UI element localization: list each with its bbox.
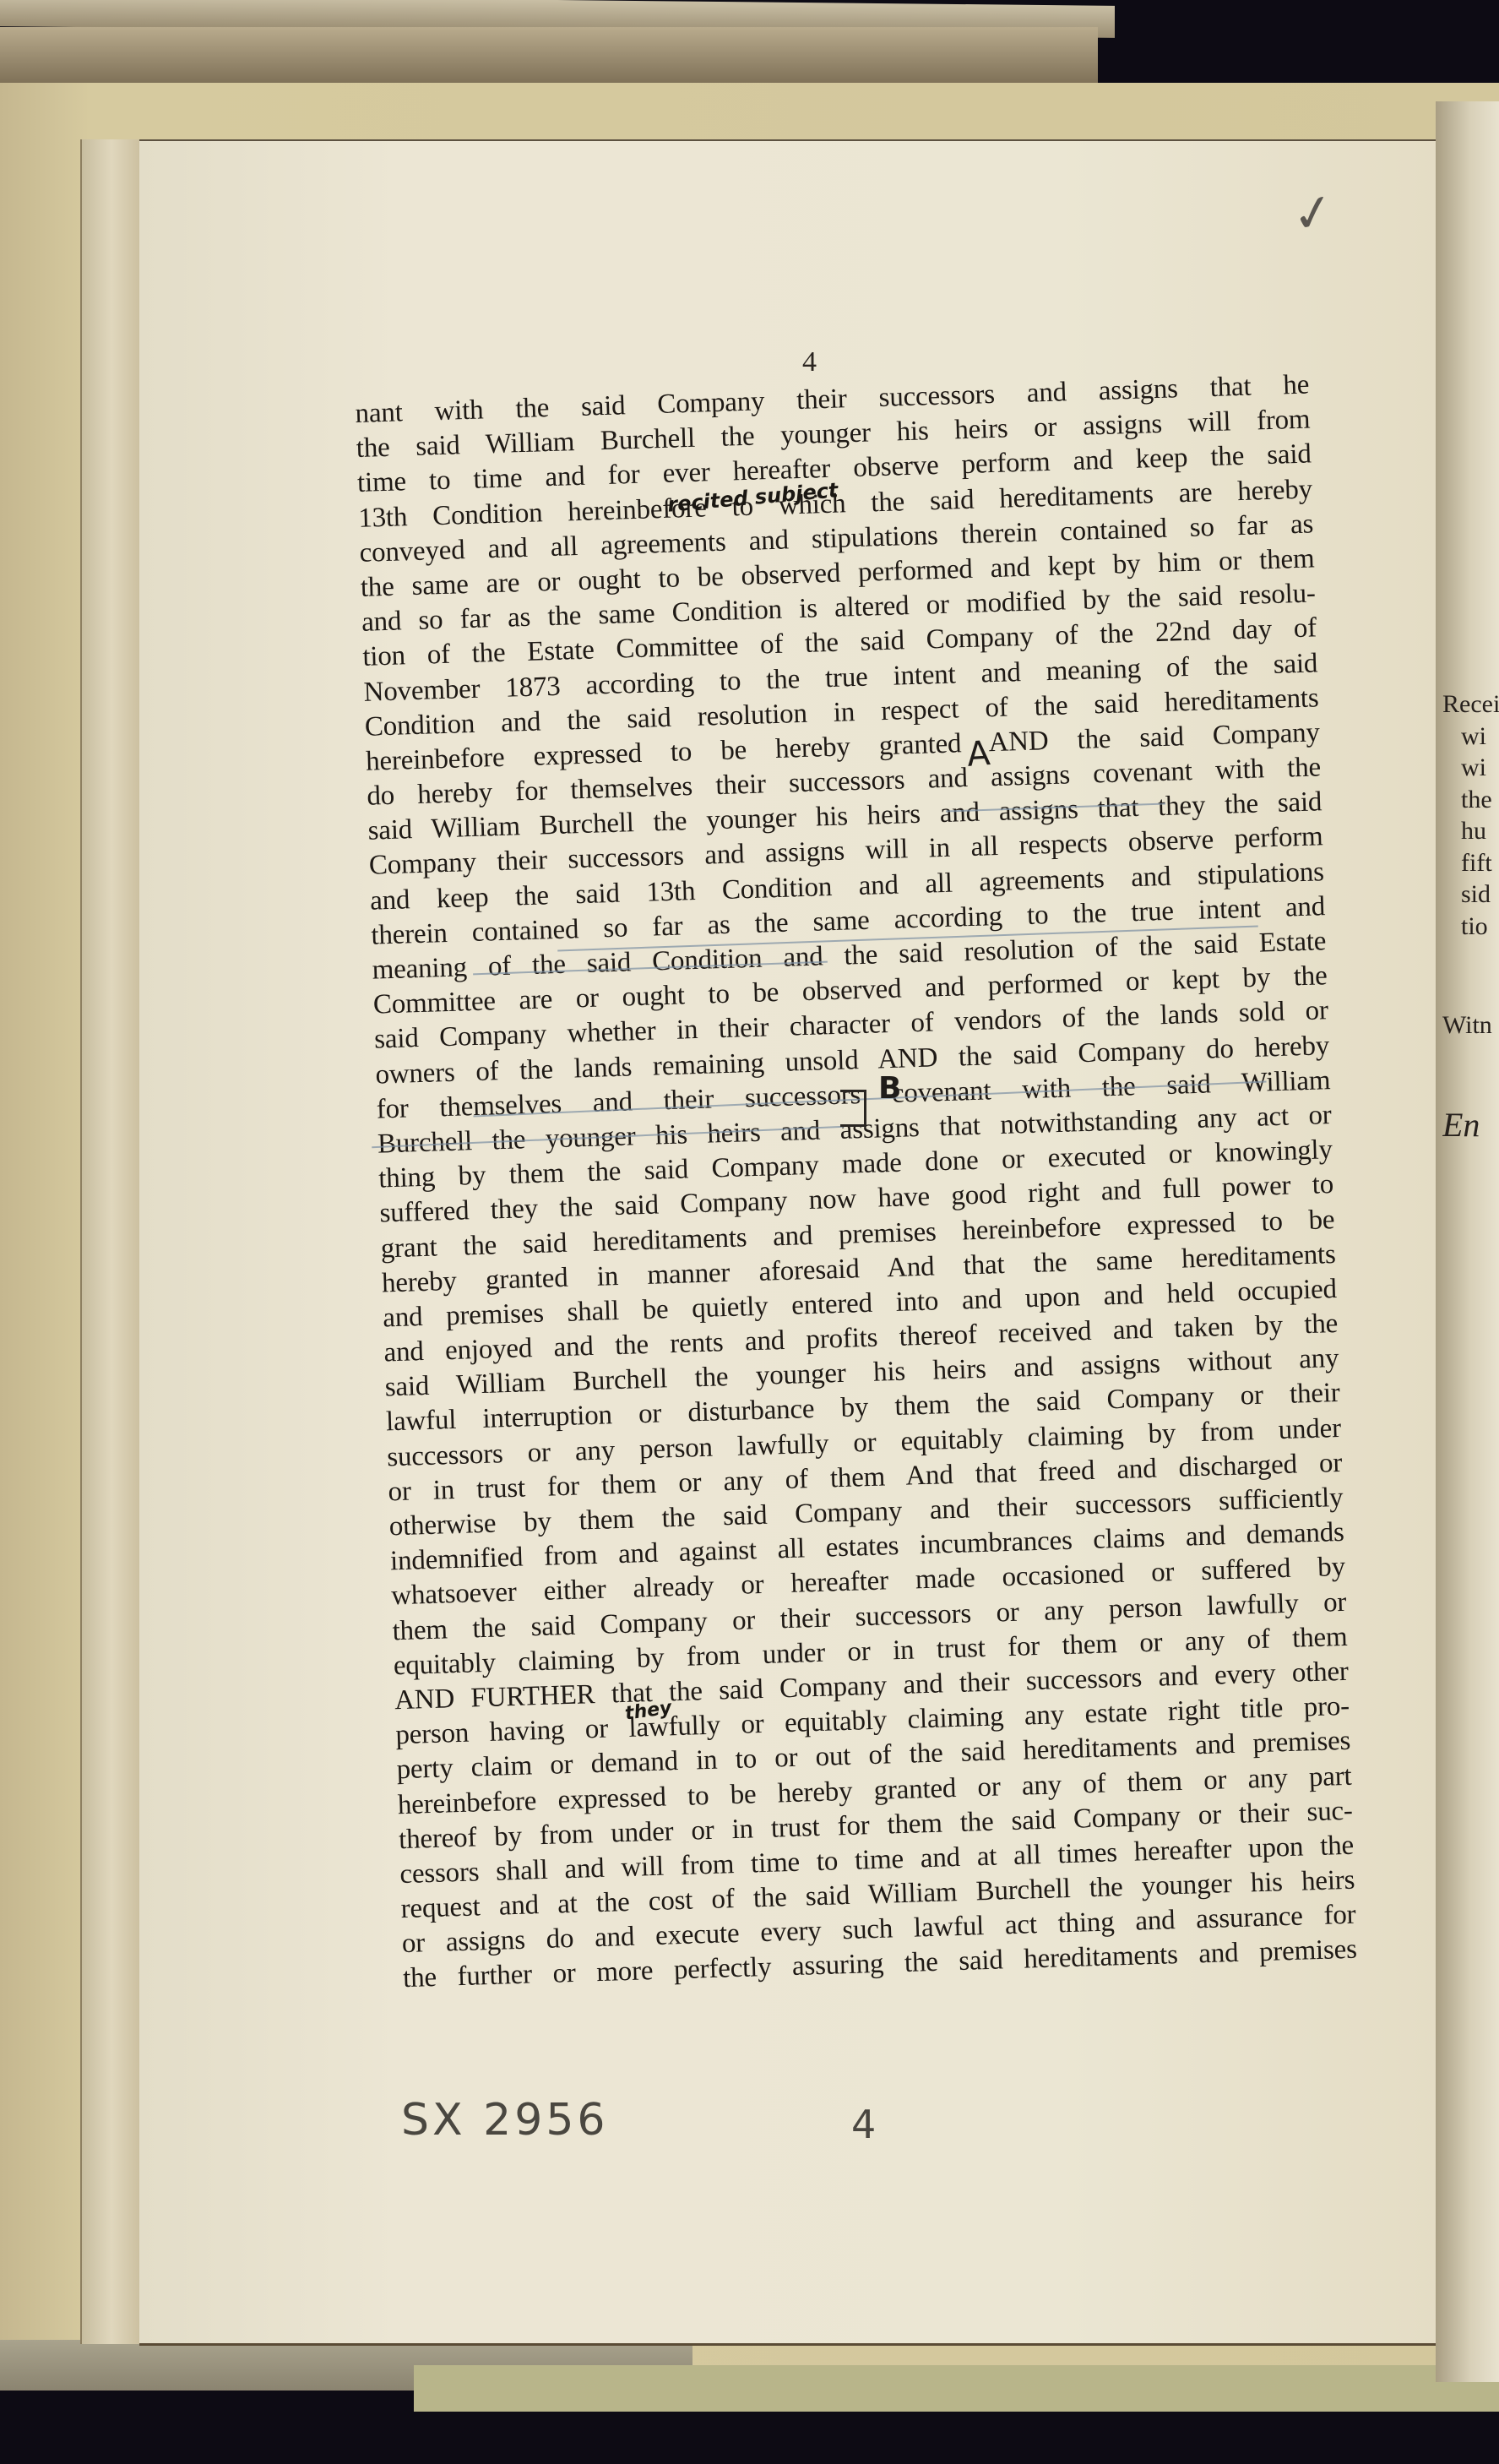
pencil-page-number: 4 bbox=[851, 2102, 876, 2147]
adjacent-line: fift bbox=[1442, 847, 1499, 879]
adjacent-line: hu bbox=[1442, 815, 1499, 847]
adjacent-line: the bbox=[1442, 784, 1499, 816]
adjacent-gap bbox=[1442, 1042, 1499, 1109]
margin-mark-a: A bbox=[965, 734, 991, 775]
adjacent-line: sid bbox=[1442, 878, 1499, 911]
left-fold bbox=[80, 139, 141, 2344]
document-body: nant with the said Company their success… bbox=[355, 367, 1357, 1996]
stacked-paper-edge bbox=[0, 27, 1098, 88]
adjacent-gap bbox=[1442, 942, 1499, 1009]
archive-tag-strip bbox=[414, 2365, 1499, 2412]
adjacent-line: tio bbox=[1442, 911, 1499, 943]
margin-mark-b: B bbox=[878, 1071, 901, 1106]
archive-reference: SX 2956 bbox=[401, 2095, 609, 2146]
adjacent-line: Recei bbox=[1442, 688, 1499, 721]
page-number: 4 bbox=[802, 346, 817, 378]
adjacent-line: wi bbox=[1442, 721, 1499, 753]
adjacent-page-text: Recei wi wi the hu fift sid tio Witn En bbox=[1442, 688, 1499, 1140]
bracket-mark-icon bbox=[840, 1090, 866, 1127]
adjacent-page bbox=[1436, 101, 1499, 2382]
adjacent-signature: En bbox=[1442, 1109, 1499, 1141]
adjacent-line: Witn bbox=[1442, 1009, 1499, 1042]
adjacent-line: wi bbox=[1442, 752, 1499, 784]
